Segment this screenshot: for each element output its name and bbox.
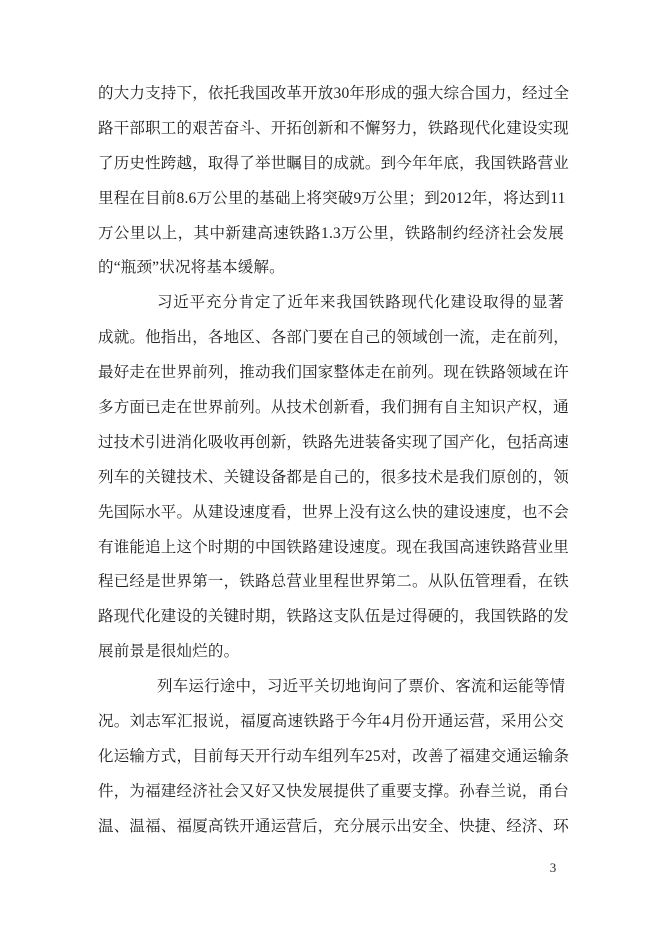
text-line: 列车的关键技术、关键设备都是自己的，很多技术是我们原创的，领 [98, 461, 564, 496]
text-line: 先国际水平。从建设速度看，世界上没有这么快的建设速度，也不会 [98, 496, 564, 531]
text-line: 有谁能追上这个时期的中国铁路建设速度。现在我国高速铁路营业里 [98, 531, 564, 566]
text-line: 程已经是世界第一，铁路总营业里程世界第二。从队伍管理看，在铁 [98, 565, 564, 600]
text-line: 温、温福、福厦高铁开通运营后，充分展示出安全、快捷、经济、环 [98, 810, 564, 845]
text-line: 化运输方式，目前每天开行动车组列车25对，改善了福建交通运输条 [98, 740, 564, 775]
page-number: 3 [538, 858, 568, 878]
text-line: 况。刘志军汇报说，福厦高速铁路于今年4月份开通运营，采用公交 [98, 705, 564, 740]
text-line: 万公里以上，其中新建高速铁路1.3万公里，铁路制约经济社会发展 [98, 217, 564, 252]
text-line: 列车运行途中，习近平关切地询问了票价、客流和运能等情 [98, 670, 564, 705]
text-line: 里程在目前8.6万公里的基础上将突破9万公里；到2012年，将达到11 [98, 182, 564, 217]
paragraph-1: 的大力支持下，依托我国改革开放30年形成的强大综合国力，经过全 路干部职工的艰苦… [98, 77, 564, 286]
text-line: 的大力支持下，依托我国改革开放30年形成的强大综合国力，经过全 [98, 77, 564, 112]
text-line: 成就。他指出，各地区、各部门要在自己的领域创一流，走在前列， [98, 321, 564, 356]
paragraph-3: 列车运行途中，习近平关切地询问了票价、客流和运能等情 况。刘志军汇报说，福厦高速… [98, 670, 564, 844]
text-line: 件，为福建经济社会又好又快发展提供了重要支撑。孙春兰说，甬台 [98, 775, 564, 810]
text-line: 习近平充分肯定了近年来我国铁路现代化建设取得的显著 [98, 286, 564, 321]
text-line: 路干部职工的艰苦奋斗、开拓创新和不懈努力，铁路现代化建设实现 [98, 112, 564, 147]
document-body: 的大力支持下，依托我国改革开放30年形成的强大综合国力，经过全 路干部职工的艰苦… [98, 77, 564, 845]
text-line: 的“瓶颈”状况将基本缓解。 [98, 251, 564, 286]
text-line: 多方面已走在世界前列。从技术创新看，我们拥有自主知识产权，通 [98, 391, 564, 426]
text-line: 路现代化建设的关键时期，铁路这支队伍是过得硬的，我国铁路的发 [98, 600, 564, 635]
document-page: 的大力支持下，依托我国改革开放30年形成的强大综合国力，经过全 路干部职工的艰苦… [0, 0, 661, 935]
text-line: 过技术引进消化吸收再创新，铁路先进装备实现了国产化，包括高速 [98, 426, 564, 461]
paragraph-2: 习近平充分肯定了近年来我国铁路现代化建设取得的显著 成就。他指出，各地区、各部门… [98, 286, 564, 670]
text-line: 最好走在世界前列，推动我们国家整体走在前列。现在铁路领域在许 [98, 356, 564, 391]
text-line: 了历史性跨越，取得了举世瞩目的成就。到今年年底，我国铁路营业 [98, 147, 564, 182]
text-line: 展前景是很灿烂的。 [98, 635, 564, 670]
